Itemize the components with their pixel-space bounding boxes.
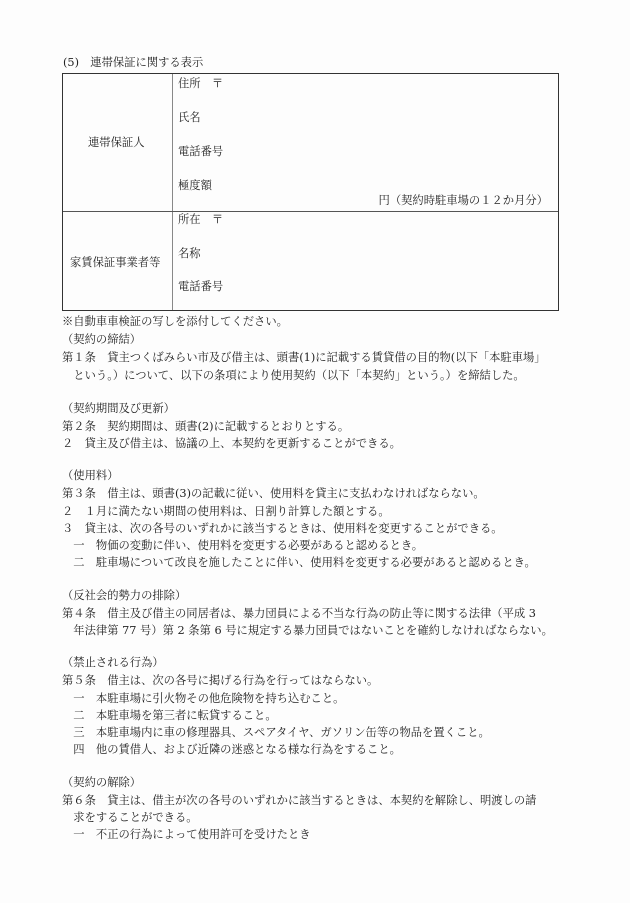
article-1-heading: （契約の締結） bbox=[62, 333, 141, 347]
article-3-line: ３ 貸主は、次の各号のいずれかに該当するときは、使用料を変更することができる。 bbox=[62, 522, 503, 536]
article-1-line: 第１条 貸主つくばみらい市及び借主は、頭書(1)に記載する賃貸借の目的物(以下「… bbox=[62, 351, 546, 365]
article-5-heading: （禁止される行為） bbox=[62, 656, 164, 670]
article-3-line: 一 物価の変動に伴い、使用料を変更する必要があると認めるとき。 bbox=[62, 539, 423, 553]
article-1-line: という。）について、以下の条項により使用契約（以下「本契約」という。）を締結した… bbox=[62, 369, 525, 383]
article-4-line: 第４条 借主及び借主の同居者は、暴力団員による不当な行為の防止等に関する法律（平… bbox=[62, 607, 536, 621]
guarantee-company-label: 家賃保証事業者等 bbox=[70, 256, 160, 270]
article-5-line: 第５条 借主は、次の各号に掲げる行為を行ってはならない。 bbox=[62, 674, 378, 688]
guarantor-phone-field[interactable]: 電話番号 bbox=[178, 145, 223, 159]
article-6-line: 一 不正の行為によって使用許可を受けたとき bbox=[62, 828, 311, 842]
guarantor-name-field[interactable]: 氏名 bbox=[178, 111, 201, 125]
article-2-line: 第２条 契約期間は、頭書(2)に記載するとおりとする。 bbox=[62, 420, 349, 434]
article-5-line: 二 本駐車場を第三者に転貸すること。 bbox=[62, 709, 277, 723]
attachment-note: ※自動車車検証の写しを添付してください。 bbox=[62, 315, 288, 329]
article-3-line: 二 駐車場について改良を施したことに伴い、使用料を変更する必要があると認めるとき… bbox=[62, 556, 536, 570]
row-divider bbox=[63, 211, 558, 212]
article-4-heading: （反社会的勢力の排除） bbox=[62, 589, 186, 603]
guarantee-table: 連帯保証人 住所 〒 氏名 電話番号 極度額 円（契約時駐車場の１２か月分） 家… bbox=[62, 73, 559, 311]
article-4-line: 年法律第 77 号）第 2 条第 6 号に規定する暴力団員ではないことを確約しな… bbox=[62, 624, 553, 638]
guarantor-address-field[interactable]: 住所 〒 bbox=[178, 77, 223, 91]
limit-amount-note: 円（契約時駐車場の１２か月分） bbox=[379, 194, 548, 208]
company-phone-field[interactable]: 電話番号 bbox=[178, 280, 223, 294]
column-divider bbox=[172, 74, 173, 310]
article-3-line: ２ １月に満たない期間の使用料は、日割り計算した額とする。 bbox=[62, 505, 390, 519]
article-6-line: 第６条 貸主は、借主が次の各号のいずれかに該当するときは、本契約を解除し、明渡し… bbox=[62, 794, 536, 808]
company-location-field[interactable]: 所在 〒 bbox=[178, 213, 223, 227]
article-2-line: ２ 貸主及び借主は、協議の上、本契約を更新することができる。 bbox=[62, 437, 401, 451]
article-5-line: 四 他の賃借人、および近隣の迷惑となる様な行為をすること。 bbox=[62, 743, 401, 757]
article-6-line: 求をすることができる。 bbox=[62, 811, 198, 825]
section-title: (5) 連帯保証に関する表示 bbox=[63, 56, 203, 70]
joint-guarantor-label: 連帯保証人 bbox=[88, 136, 145, 150]
company-name-field[interactable]: 名称 bbox=[178, 247, 201, 261]
article-3-line: 第３条 借主は、頭書(3)の記載に従い、使用料を貸主に支払わなければならない。 bbox=[62, 487, 485, 501]
article-5-line: 一 本駐車場に引火物その他危険物を持ち込むこと。 bbox=[62, 692, 344, 706]
article-5-line: 三 本駐車場内に車の修理器具、スペアタイヤ、ガソリン缶等の物品を置くこと。 bbox=[62, 726, 490, 740]
article-6-heading: （契約の解除） bbox=[62, 776, 141, 790]
article-2-heading: （契約期間及び更新） bbox=[62, 402, 175, 416]
guarantor-limit-amount-field[interactable]: 極度額 bbox=[178, 179, 212, 193]
article-3-heading: （使用料） bbox=[62, 469, 119, 483]
